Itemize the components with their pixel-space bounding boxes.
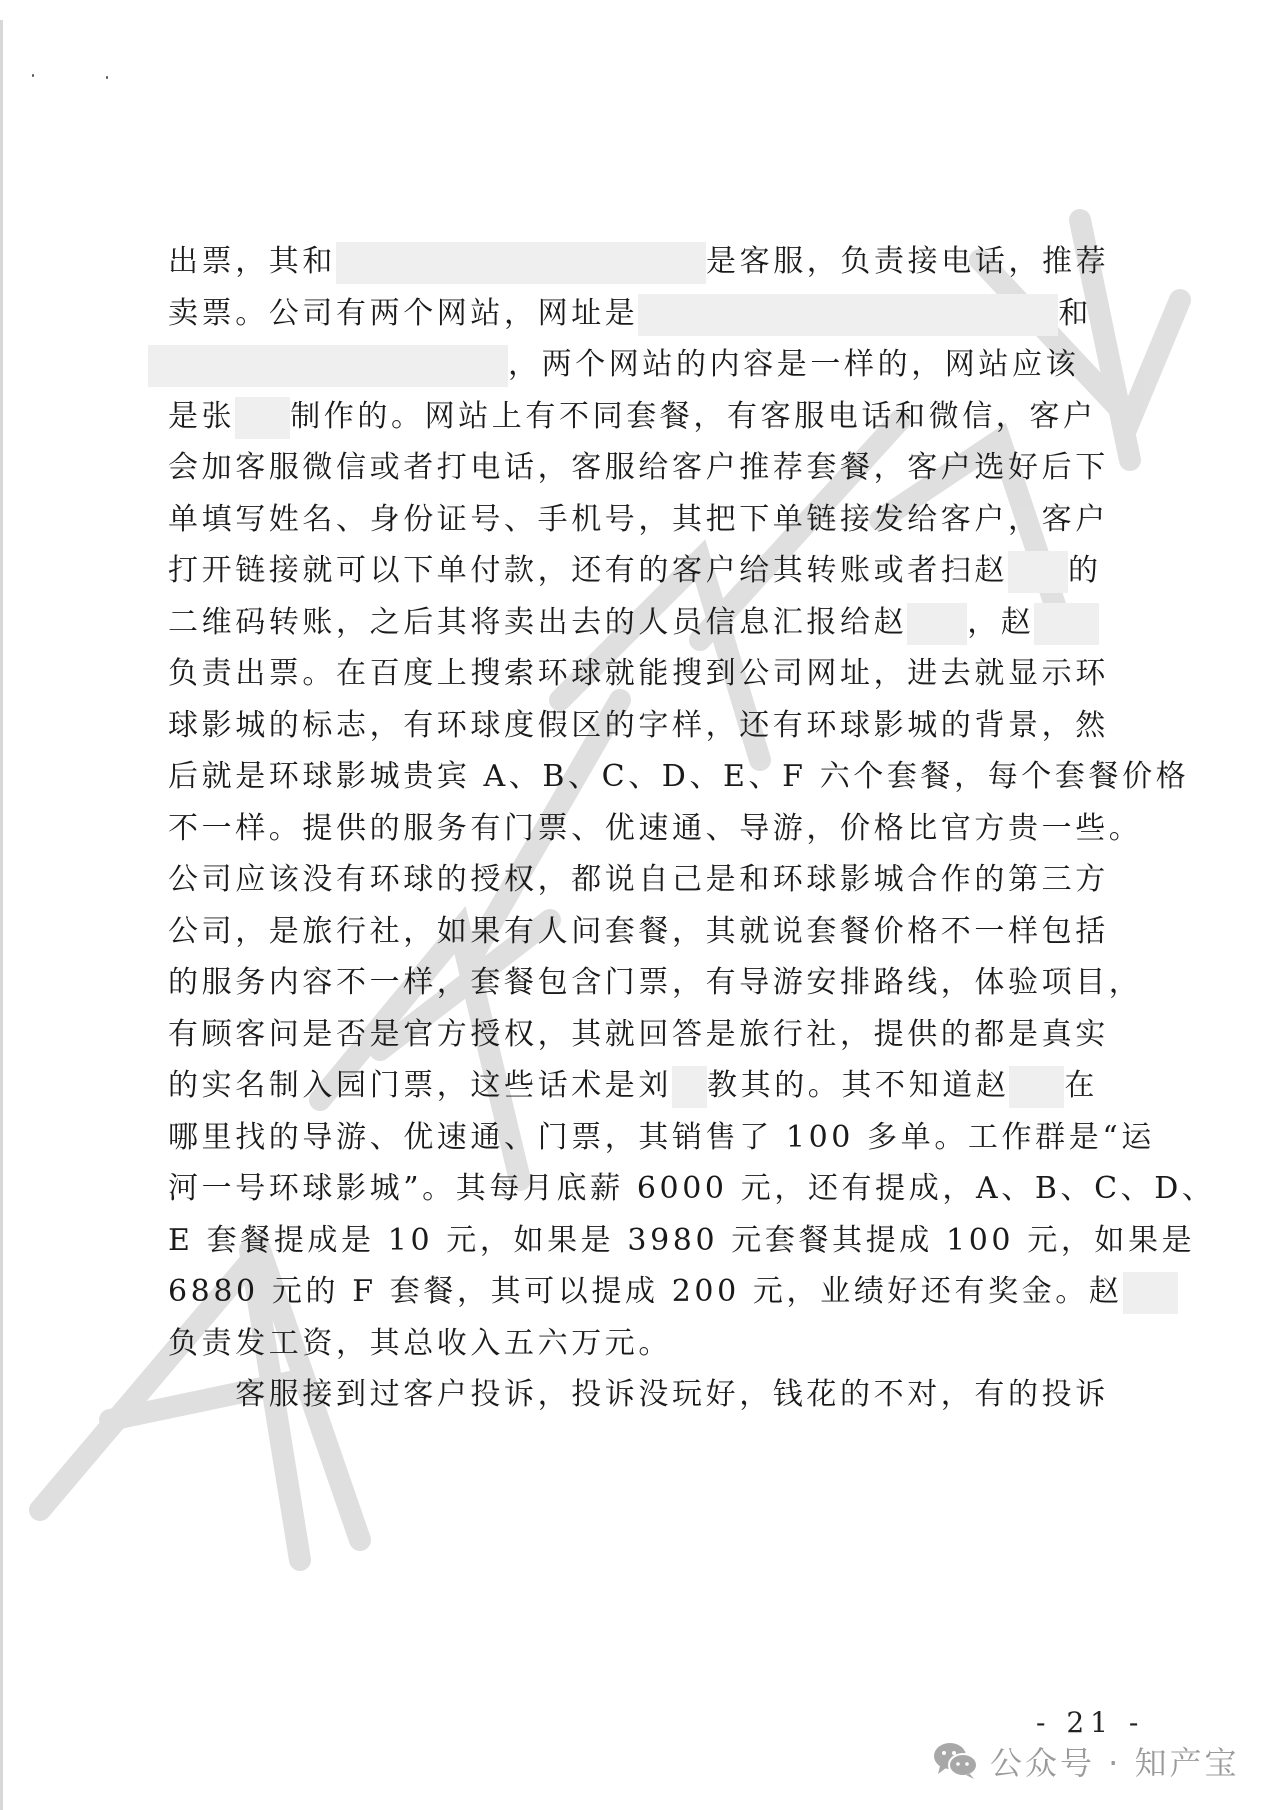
- text-segment: 的服务内容不一样，套餐包含门票，有导游安排路线，体验项目，: [168, 965, 1142, 1000]
- text-line: 公司应该没有环球的授权，都说自己是和环球影城合作的第三方: [168, 858, 1109, 902]
- text-segment: 卖票。公司有两个网站，网址是: [168, 296, 638, 331]
- text-segment: 是张: [168, 399, 235, 434]
- text-segment: 和: [1058, 296, 1092, 331]
- text-segment: 公司，是旅行社，如果有人问套餐，其就说套餐价格不一样包括: [168, 914, 1109, 949]
- text-line: 出票，其和是客服，负责接电话，推荐: [168, 240, 1109, 284]
- text-segment: 会加客服微信或者打电话，客服给客户推荐套餐，客户选好后下: [168, 450, 1109, 485]
- text-line: 后就是环球影城贵宾 A、B、C、D、E、F 六个套餐，每个套餐价格: [168, 755, 1189, 799]
- text-line: 的服务内容不一样，套餐包含门票，有导游安排路线，体验项目，: [168, 961, 1142, 1005]
- text-segment: 客服接到过客户投诉，投诉没玩好，钱花的不对，有的投诉: [168, 1377, 1109, 1412]
- text-line: ，两个网站的内容是一样的，网站应该: [168, 343, 1079, 387]
- text-line: 有顾客问是否是官方授权，其就回答是旅行社，提供的都是真实: [168, 1013, 1109, 1057]
- text-segment: 教其的。其不知道赵: [707, 1068, 1009, 1103]
- text-line: 打开链接就可以下单付款，还有的客户给其转账或者扫赵的: [168, 549, 1102, 593]
- redaction-box: [638, 294, 1058, 336]
- text-segment: 二维码转账，之后其将卖出去的人员信息汇报给赵: [168, 605, 907, 640]
- redaction-box: [672, 1066, 707, 1108]
- redaction-box: [1034, 603, 1099, 645]
- text-segment: 不一样。提供的服务有门票、优速通、导游，价格比官方贵一些。: [168, 811, 1142, 846]
- footer-attribution: 公众号 · 知产宝: [932, 1738, 1240, 1784]
- text-line: 卖票。公司有两个网站，网址是和: [168, 292, 1092, 336]
- text-segment: 河一号环球影城”。其每月底薪 6000 元，还有提成，A、B、C、D、: [168, 1171, 1215, 1206]
- text-segment: 的: [1068, 553, 1102, 588]
- scan-speck: [106, 76, 108, 79]
- scan-speck: [32, 74, 34, 77]
- text-segment: 公司应该没有环球的授权，都说自己是和环球影城合作的第三方: [168, 862, 1109, 897]
- text-line: 6880 元的 F 套餐，其可以提成 200 元，业绩好还有奖金。赵: [168, 1270, 1178, 1314]
- text-segment: 哪里找的导游、优速通、门票，其销售了 100 多单。工作群是“运: [168, 1120, 1155, 1155]
- wechat-icon: [932, 1741, 980, 1781]
- text-line: 哪里找的导游、优速通、门票，其销售了 100 多单。工作群是“运: [168, 1116, 1155, 1160]
- text-line: 单填写姓名、身份证号、手机号，其把下单链接发给客户，客户: [168, 498, 1109, 542]
- text-segment: 的实名制入园门票，这些话术是刘: [168, 1068, 672, 1103]
- text-line: 负责出票。在百度上搜索环球就能搜到公司网址，进去就显示环: [168, 652, 1109, 696]
- text-segment: 制作的。网站上有不同套餐，有客服电话和微信，客户: [290, 399, 1096, 434]
- text-segment: 单填写姓名、身份证号、手机号，其把下单链接发给客户，客户: [168, 502, 1109, 537]
- text-line: 二维码转账，之后其将卖出去的人员信息汇报给赵，赵: [168, 601, 1099, 645]
- footer-label: 公众号 · 知产宝: [990, 1738, 1240, 1784]
- text-segment: 在: [1064, 1068, 1098, 1103]
- text-segment: 出票，其和: [168, 244, 336, 279]
- page-number: - 21 -: [1036, 1706, 1144, 1739]
- text-line: 是张制作的。网站上有不同套餐，有客服电话和微信，客户: [168, 395, 1097, 439]
- text-line: 会加客服微信或者打电话，客服给客户推荐套餐，客户选好后下: [168, 446, 1109, 490]
- text-line: 不一样。提供的服务有门票、优速通、导游，价格比官方贵一些。: [168, 807, 1142, 851]
- text-segment: 负责发工资，其总收入五六万元。: [168, 1326, 672, 1361]
- text-segment: 有顾客问是否是官方授权，其就回答是旅行社，提供的都是真实: [168, 1017, 1109, 1052]
- text-line: 负责发工资，其总收入五六万元。: [168, 1322, 672, 1366]
- scan-edge: [0, 20, 3, 1810]
- redaction-box: [235, 397, 290, 439]
- text-segment: 后就是环球影城贵宾 A、B、C、D、E、F 六个套餐，每个套餐价格: [168, 759, 1189, 794]
- text-segment: ，两个网站的内容是一样的，网站应该: [508, 347, 1079, 382]
- text-segment: 负责出票。在百度上搜索环球就能搜到公司网址，进去就显示环: [168, 656, 1109, 691]
- text-segment: 球影城的标志，有环球度假区的字样，还有环球影城的背景，然: [168, 708, 1109, 743]
- text-line: 客服接到过客户投诉，投诉没玩好，钱花的不对，有的投诉: [168, 1373, 1109, 1417]
- text-segment: E 套餐提成是 10 元，如果是 3980 元套餐其提成 100 元，如果是: [168, 1223, 1195, 1258]
- text-line: 河一号环球影城”。其每月底薪 6000 元，还有提成，A、B、C、D、: [168, 1167, 1215, 1211]
- text-line: 公司，是旅行社，如果有人问套餐，其就说套餐价格不一样包括: [168, 910, 1109, 954]
- redaction-box: [1009, 1066, 1064, 1108]
- redaction-box: [336, 242, 706, 284]
- text-line: 球影城的标志，有环球度假区的字样，还有环球影城的背景，然: [168, 704, 1109, 748]
- text-line: E 套餐提成是 10 元，如果是 3980 元套餐其提成 100 元，如果是: [168, 1219, 1195, 1263]
- text-segment: ，赵: [967, 605, 1034, 640]
- text-segment: 6880 元的 F 套餐，其可以提成 200 元，业绩好还有奖金。赵: [168, 1274, 1123, 1309]
- redaction-box: [1008, 551, 1068, 593]
- redaction-box: [1123, 1272, 1178, 1314]
- redaction-box: [907, 603, 967, 645]
- redaction-box: [148, 345, 508, 387]
- text-line: 的实名制入园门票，这些话术是刘教其的。其不知道赵在: [168, 1064, 1098, 1108]
- text-segment: 是客服，负责接电话，推荐: [706, 244, 1109, 279]
- text-segment: 打开链接就可以下单付款，还有的客户给其转账或者扫赵: [168, 553, 1008, 588]
